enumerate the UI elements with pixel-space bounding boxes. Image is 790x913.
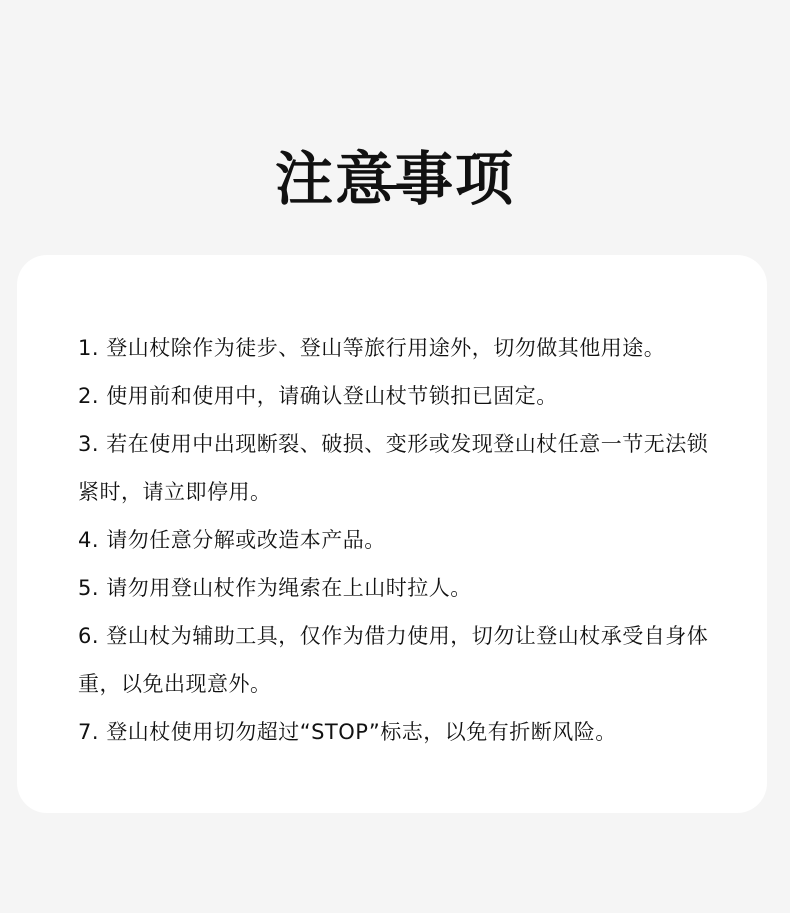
note-item-3: 3. 若在使用中出现断裂、破损、变形或发现登山杖任意一节无法锁紧时，请立即停用。 (78, 420, 728, 516)
note-item-5: 5. 请勿用登山杖作为绳索在上山时拉人。 (78, 564, 728, 612)
note-item-4: 4. 请勿任意分解或改造本产品。 (78, 516, 728, 564)
title-underline-divider (371, 185, 412, 189)
note-item-7: 7. 登山杖使用切勿超过“STOP”标志，以免有折断风险。 (78, 708, 728, 756)
note-item-2: 2. 使用前和使用中，请确认登山杖节锁扣已固定。 (78, 372, 728, 420)
notes-list: 1. 登山杖除作为徒步、登山等旅行用途外，切勿做其他用途。 2. 使用前和使用中… (78, 324, 728, 756)
page-title: 注意事项 (0, 139, 790, 219)
note-item-6: 6. 登山杖为辅助工具，仅作为借力使用，切勿让登山杖承受自身体重，以免出现意外。 (78, 612, 728, 708)
note-item-1: 1. 登山杖除作为徒步、登山等旅行用途外，切勿做其他用途。 (78, 324, 728, 372)
